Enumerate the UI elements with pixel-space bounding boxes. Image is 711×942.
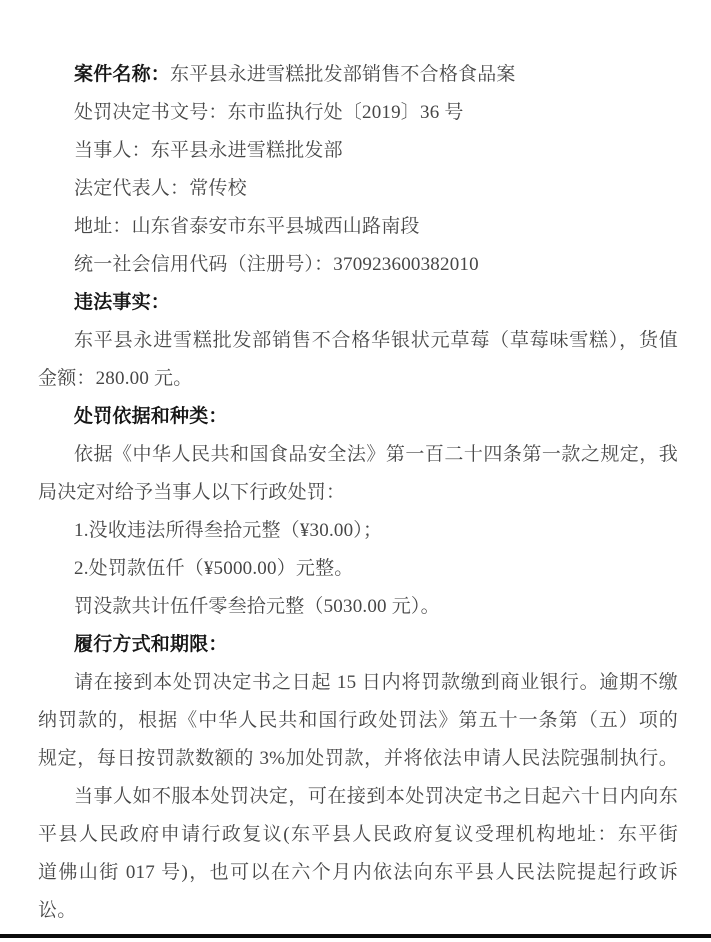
line-penalty-item-2: 2.处罚款伍仟（¥5000.00）元整。: [38, 550, 678, 588]
performance-heading-bold-label: 履行方式和期限：: [74, 634, 228, 655]
bottom-border-bar: [0, 934, 711, 938]
basis-line-2-text: 局决定对给予当事人以下行政处罚：: [38, 482, 345, 503]
line-facts-line-1: 东平县永进雪糕批发部销售不合格华银状元草莓（草莓味雪糕），货值: [38, 322, 678, 360]
line-facts-heading: 违法事实：: [38, 284, 678, 322]
performance-line-3-text: 规定，每日按罚款数额的 3%加处罚款，并将依法申请人民法院强制执行。: [38, 748, 678, 769]
case-name-text: 东平县永进雪糕批发部销售不合格食品案: [170, 64, 516, 85]
facts-line-1-text: 东平县永进雪糕批发部销售不合格华银状元草莓（草莓味雪糕），货值: [74, 330, 678, 351]
line-address: 地址：山东省泰安市东平县城西山路南段: [38, 208, 678, 246]
review-line-3-text: 道佛山街 017 号)，也可以在六个月内依法向东平县人民法院提起行政诉: [38, 862, 678, 883]
case-name-bold-label: 案件名称：: [74, 64, 170, 85]
penalty-document: 案件名称：东平县永进雪糕批发部销售不合格食品案处罚决定书文号：东市监执行处〔20…: [38, 56, 678, 930]
basis-line-1-text: 依据《中华人民共和国食品安全法》第一百二十四条第一款之规定，我: [74, 444, 678, 465]
penalty-item-2-text: 2.处罚款伍仟（¥5000.00）元整。: [74, 558, 354, 579]
facts-heading-bold-label: 违法事实：: [74, 292, 170, 313]
penalty-item-1-text: 1.没收违法所得叁拾元整（¥30.00）；: [74, 520, 382, 541]
line-review-line-4: 讼。: [38, 892, 678, 930]
line-party: 当事人：东平县永进雪糕批发部: [38, 132, 678, 170]
line-review-line-1: 当事人如不服本处罚决定，可在接到本处罚决定书之日起六十日内向东: [38, 778, 678, 816]
penalty-total-text: 罚没款共计伍仟零叁拾元整（5030.00 元）。: [74, 596, 440, 617]
line-credit-code: 统一社会信用代码（注册号）：370923600382010: [38, 246, 678, 284]
address-text: 地址：山东省泰安市东平县城西山路南段: [74, 216, 420, 237]
line-performance-heading: 履行方式和期限：: [38, 626, 678, 664]
line-performance-line-1: 请在接到本处罚决定书之日起 15 日内将罚款缴到商业银行。逾期不缴: [38, 664, 678, 702]
credit-code-text: 统一社会信用代码（注册号）：370923600382010: [74, 254, 479, 275]
decision-number-text: 处罚决定书文号：东市监执行处〔2019〕36 号: [74, 102, 464, 123]
line-penalty-total: 罚没款共计伍仟零叁拾元整（5030.00 元）。: [38, 588, 678, 626]
line-facts-line-2: 金额：280.00 元。: [38, 360, 678, 398]
basis-heading-bold-label: 处罚依据和种类：: [74, 406, 228, 427]
line-case-name: 案件名称：东平县永进雪糕批发部销售不合格食品案: [38, 56, 678, 94]
review-line-2-text: 平县人民政府申请行政复议(东平县人民政府复议受理机构地址：东平街: [38, 824, 678, 845]
review-line-4-text: 讼。: [38, 900, 76, 921]
party-text: 当事人：东平县永进雪糕批发部: [74, 140, 343, 161]
line-basis-heading: 处罚依据和种类：: [38, 398, 678, 436]
line-review-line-3: 道佛山街 017 号)，也可以在六个月内依法向东平县人民法院提起行政诉: [38, 854, 678, 892]
document-page: 案件名称：东平县永进雪糕批发部销售不合格食品案处罚决定书文号：东市监执行处〔20…: [0, 0, 711, 942]
line-review-line-2: 平县人民政府申请行政复议(东平县人民政府复议受理机构地址：东平街: [38, 816, 678, 854]
line-penalty-item-1: 1.没收违法所得叁拾元整（¥30.00）；: [38, 512, 678, 550]
legal-representative-text: 法定代表人：常传校: [74, 178, 247, 199]
line-basis-line-1: 依据《中华人民共和国食品安全法》第一百二十四条第一款之规定，我: [38, 436, 678, 474]
performance-line-1-text: 请在接到本处罚决定书之日起 15 日内将罚款缴到商业银行。逾期不缴: [74, 672, 678, 693]
line-basis-line-2: 局决定对给予当事人以下行政处罚：: [38, 474, 678, 512]
line-decision-number: 处罚决定书文号：东市监执行处〔2019〕36 号: [38, 94, 678, 132]
line-performance-line-2: 纳罚款的，根据《中华人民共和国行政处罚法》第五十一条第（五）项的: [38, 702, 678, 740]
facts-line-2-text: 金额：280.00 元。: [38, 368, 192, 389]
performance-line-2-text: 纳罚款的，根据《中华人民共和国行政处罚法》第五十一条第（五）项的: [38, 710, 678, 731]
line-legal-representative: 法定代表人：常传校: [38, 170, 678, 208]
line-performance-line-3: 规定，每日按罚款数额的 3%加处罚款，并将依法申请人民法院强制执行。: [38, 740, 678, 778]
review-line-1-text: 当事人如不服本处罚决定，可在接到本处罚决定书之日起六十日内向东: [74, 786, 678, 807]
